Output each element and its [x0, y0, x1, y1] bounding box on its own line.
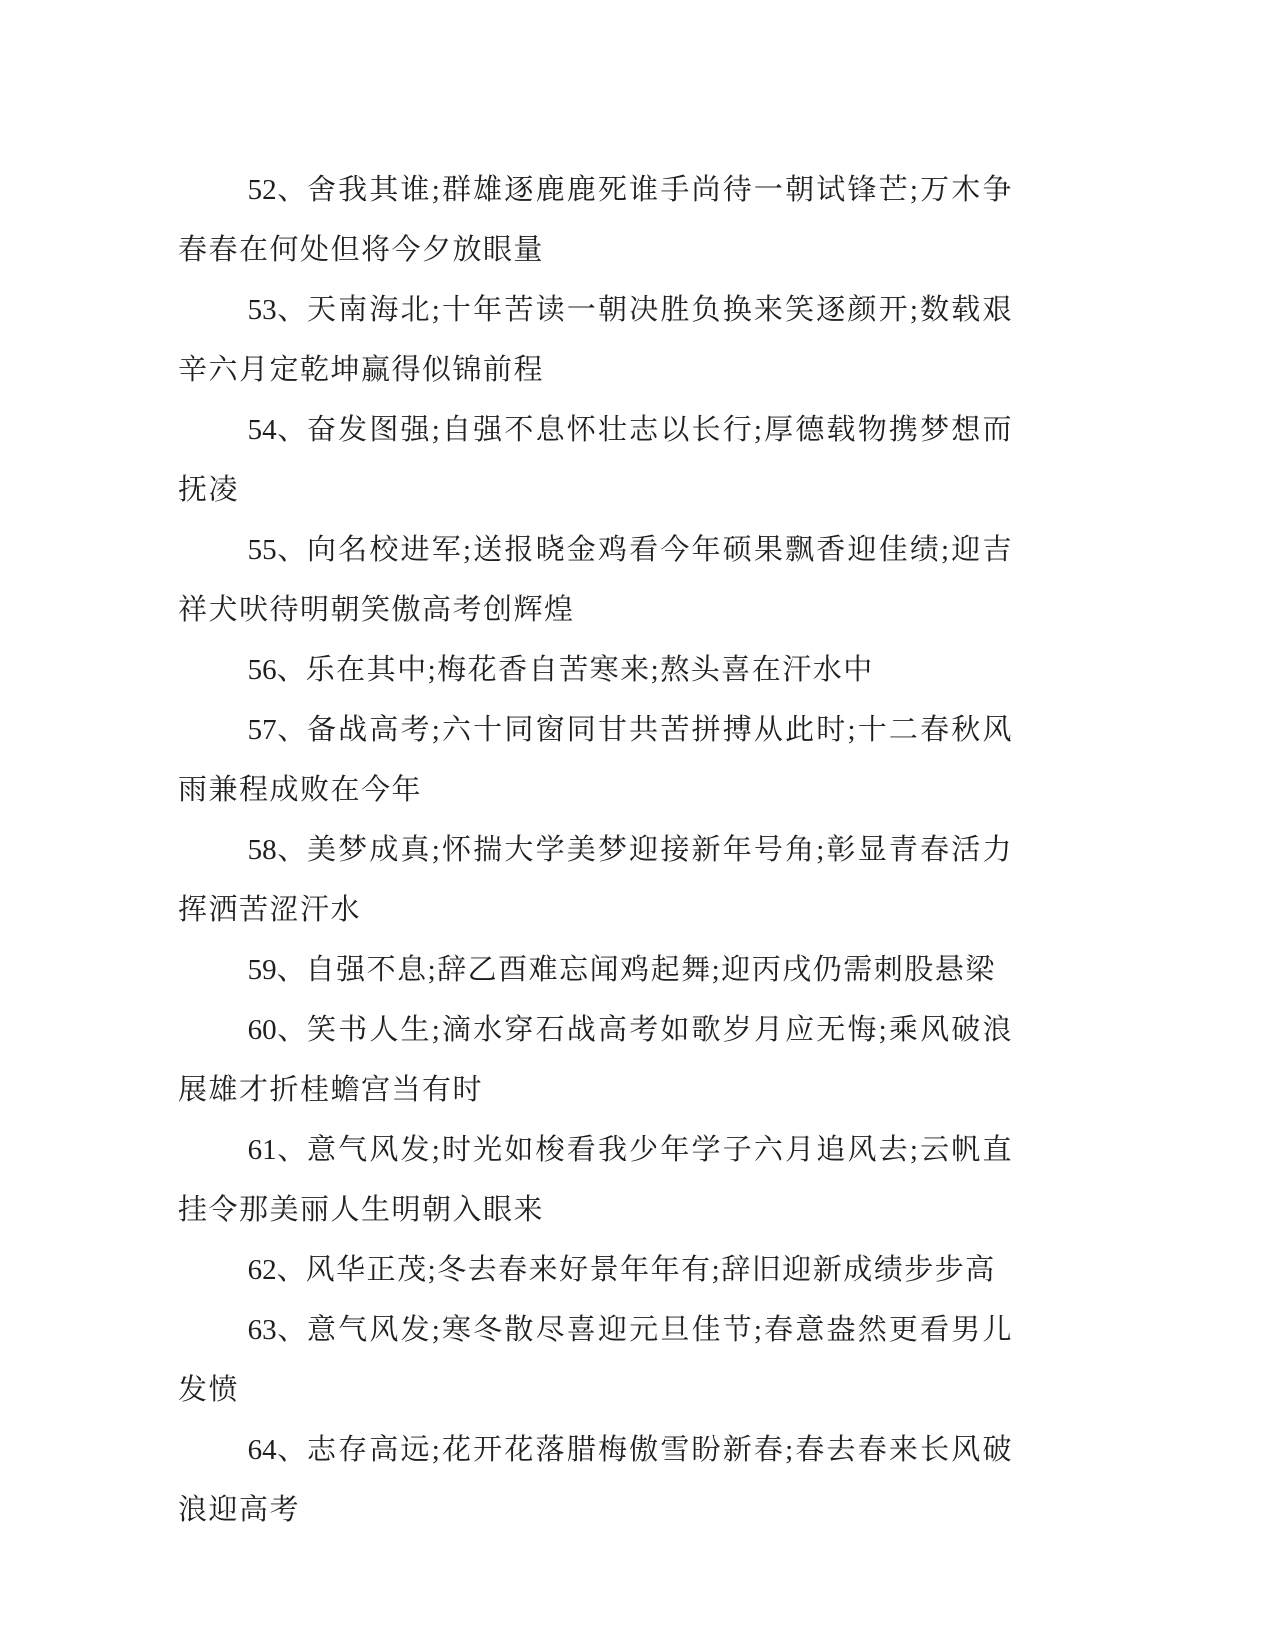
- list-item-52: 52、舍我其谁;群雄逐鹿鹿死谁手尚待一朝试锋芒;万木争春春在何处但将今夕放眼量: [178, 160, 1013, 280]
- list-item-55: 55、向名校进军;送报晓金鸡看今年硕果飘香迎佳绩;迎吉祥犬吠待明朝笑傲高考创辉煌: [178, 520, 1013, 640]
- item-text: 自强不息;辞乙酉难忘闻鸡起舞;迎丙戌仍需刺股悬梁: [306, 954, 996, 986]
- item-number: 55、: [248, 534, 307, 566]
- list-item-63: 63、意气风发;寒冬散尽喜迎元旦佳节;春意盎然更看男儿发愤: [178, 1300, 1013, 1420]
- item-text: 乐在其中;梅花香自苦寒来;熬头喜在汗水中: [306, 654, 874, 686]
- item-number: 61、: [248, 1134, 307, 1166]
- list-item-54: 54、奋发图强;自强不息怀壮志以长行;厚德载物携梦想而抚凌: [178, 400, 1013, 520]
- item-number: 64、: [248, 1434, 307, 1466]
- item-number: 54、: [248, 414, 307, 446]
- document-page: 52、舍我其谁;群雄逐鹿鹿死谁手尚待一朝试锋芒;万木争春春在何处但将今夕放眼量 …: [0, 0, 1275, 1650]
- list-item-60: 60、笑书人生;滴水穿石战高考如歌岁月应无悔;乘风破浪展雄才折桂蟾宫当有时: [178, 1000, 1013, 1120]
- item-number: 58、: [248, 834, 307, 866]
- list-item-64: 64、志存高远;花开花落腊梅傲雪盼新春;春去春来长风破浪迎高考: [178, 1420, 1013, 1540]
- item-number: 52、: [248, 174, 307, 206]
- list-item-56: 56、乐在其中;梅花香自苦寒来;熬头喜在汗水中: [178, 640, 1013, 700]
- item-number: 62、: [248, 1254, 306, 1286]
- item-number: 53、: [248, 294, 307, 326]
- item-number: 63、: [248, 1314, 307, 1346]
- list-item-58: 58、美梦成真;怀揣大学美梦迎接新年号角;彰显青春活力挥洒苦涩汗水: [178, 820, 1013, 940]
- list-item-62: 62、风华正茂;冬去春来好景年年有;辞旧迎新成绩步步高: [178, 1240, 1013, 1300]
- list-item-57: 57、备战高考;六十同窗同甘共苦拼搏从此时;十二春秋风雨兼程成败在今年: [178, 700, 1013, 820]
- list-item-53: 53、天南海北;十年苦读一朝决胜负换来笑逐颜开;数载艰辛六月定乾坤赢得似锦前程: [178, 280, 1013, 400]
- item-number: 60、: [248, 1014, 307, 1046]
- list-item-59: 59、自强不息;辞乙酉难忘闻鸡起舞;迎丙戌仍需刺股悬梁: [178, 940, 1013, 1000]
- item-number: 56、: [248, 654, 306, 686]
- item-number: 59、: [248, 954, 306, 986]
- list-item-61: 61、意气风发;时光如梭看我少年学子六月追风去;云帆直挂令那美丽人生明朝入眼来: [178, 1120, 1013, 1240]
- item-text: 风华正茂;冬去春来好景年年有;辞旧迎新成绩步步高: [306, 1254, 996, 1286]
- item-number: 57、: [248, 714, 307, 746]
